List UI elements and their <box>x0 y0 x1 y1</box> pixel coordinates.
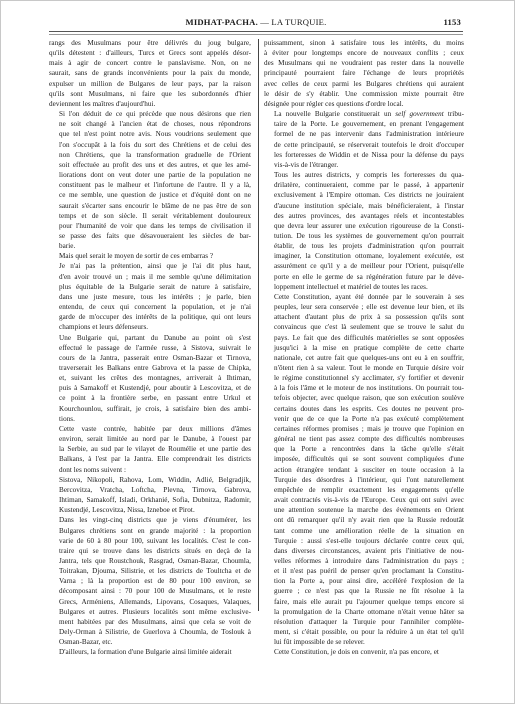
text-line: général ne tient pas assez compte des di… <box>264 434 464 444</box>
text-line: effectué le passage de l'armée russe, à … <box>49 343 251 353</box>
text-line: attachent d'autant plus de prix à sa pos… <box>264 312 464 322</box>
text-line: qu'ils sont Musulmans, ni faire que les … <box>49 89 251 99</box>
text-line: rangs des Musulmans pour être délivrés d… <box>49 38 251 48</box>
text-line: empêchée de remplir exactement les engag… <box>264 485 464 495</box>
paragraph: Mais quel serait le moyen de sortir de c… <box>49 251 251 261</box>
paragraph: D'ailleurs, la formation d'une Bulgarie … <box>49 647 251 657</box>
document-page: MIDHAT-PACHA. — LA TURQUIE. 1153 rangs d… <box>0 0 515 704</box>
text-line: convaincus que c'est là seulement que se… <box>264 322 464 332</box>
text-line: traire qui se trouve dans les districts … <box>49 546 251 556</box>
text-line: mais à agir de concert contre le panslav… <box>49 58 251 68</box>
text-line: velles réformes à introduire dans l'admi… <box>264 556 464 566</box>
text-line: exclusivement à l'Empire ottoman. Ces di… <box>264 190 464 200</box>
text-line: dont les noms suivent : <box>49 465 251 475</box>
paragraph: Une Bulgarie qui, partant du Danube au p… <box>49 333 251 424</box>
text-line: puis à Samakoff et Kustendjé, pour about… <box>49 383 251 393</box>
text-line: assurément ce qu'il y a de meilleur pour… <box>264 261 464 271</box>
text-line: principauté pourraient faire l'échange d… <box>264 68 464 78</box>
text-line: Dely-Orman à Silistrie, de Guerlova à Ch… <box>49 627 251 637</box>
running-title-subject: — LA TURQUIE. <box>258 17 327 27</box>
text-line: peuples, leur sera conservée ; elle est … <box>264 302 464 312</box>
paragraph: puissamment, sinon à satisfaire tous les… <box>264 38 464 109</box>
text-line: avait contractés vis-à-vis de l'Europe. … <box>264 495 464 505</box>
text-line: D'ailleurs, la formation d'une Bulgarie … <box>49 647 251 657</box>
text-line: désignée pour régler ces questions d'ord… <box>264 99 464 109</box>
text-line: Balkans, à l'est par la Jantra. Elle com… <box>49 454 251 464</box>
running-title-author: MIDHAT-PACHA. <box>186 17 258 27</box>
text-line: Bulgares chrétiens sont en grande majori… <box>49 526 251 536</box>
text-line: formel de ne pas intervenir dans l'admin… <box>264 129 464 139</box>
page-number: 1153 <box>443 17 461 27</box>
text-line: imposée, difficultés qui se sont souvent… <box>264 454 464 464</box>
text-line: traverserait les Balkans entre Gabrova e… <box>49 363 251 373</box>
text-line: Grecs, Arméniens, Allemands, Lipovans, C… <box>49 597 251 607</box>
text-line: barie. <box>49 241 251 251</box>
text-line: se passe des faits que désavoueraient le… <box>49 231 251 241</box>
text-line: faire, mais elle aurait pu l'ajourner qu… <box>264 597 464 607</box>
text-line: cours de la Jantra, passerait entre Osma… <box>49 353 251 363</box>
text-line: ce point à la frontière serbe, en passan… <box>49 393 251 403</box>
text-line: Ihtiman, Samakoff, Isladi, Orkhanié, Sof… <box>49 495 251 505</box>
text-line: ment habitées par des Musulmans, ainsi q… <box>49 617 251 627</box>
paragraph: Cette vaste contrée, habitée par deux mi… <box>49 424 251 475</box>
text-line: dans diverses circonstances, avaient pri… <box>264 546 464 556</box>
running-title: MIDHAT-PACHA. — LA TURQUIE. <box>49 17 463 27</box>
text-line: imaginer, la Constitution ottomane, loya… <box>264 251 464 261</box>
text-line: vis-à-vis de l'étranger. <box>264 160 464 170</box>
text-line: Kustendjé, Lescovitza, Nissa, Izneboe et… <box>49 505 251 515</box>
text-line: Mais quel serait le moyen de sortir de c… <box>49 251 251 261</box>
text-line: Tous les autres districts, y compris les… <box>264 170 464 180</box>
text-line: à éviter pour longtemps encore de nouvea… <box>264 48 464 58</box>
text-line: Dans les vingt-cinq districts que je vie… <box>49 515 251 525</box>
text-line: temps et de son siècle. Il serait vérita… <box>49 211 251 221</box>
text-line: d'aucune institution spéciale, mais béné… <box>264 201 464 211</box>
text-line: nationale, cet autre fait que quelques-u… <box>264 353 464 363</box>
text-line: venir que de ce que la Porte n'a pas exé… <box>264 414 464 424</box>
text-line: que devra leur assurer une exécution rig… <box>264 221 464 231</box>
text-line: avec celles de ceux parmi les Bulgares c… <box>264 79 464 89</box>
paragraph: Tous les autres districts, y compris les… <box>264 170 464 292</box>
text-line: résolution d'attaquer la Turquie pour l'… <box>264 617 464 627</box>
text-line: d'en avoir trouvé un ; mais il me semble… <box>49 272 251 282</box>
text-line: ment, si c'était possible, ou pour la ré… <box>264 627 464 637</box>
text-line: que la Porte a rencontrées dans la tâche… <box>264 444 464 454</box>
text-line: Sistova, Nikopoli, Rahova, Lom, Widdin, … <box>49 475 251 485</box>
text-line: qu'ils détestent : d'ailleurs, Turcs et … <box>49 48 251 58</box>
text-line: champions et leurs défenseurs. <box>49 322 251 332</box>
text-line: Turquie : aussi s'est-elle toujours décl… <box>264 536 464 546</box>
text-line: ce me semble, une question de justice et… <box>49 190 251 200</box>
paragraph: La nouvelle Bulgarie constituerait un se… <box>264 109 464 170</box>
paragraph: Sistova, Nikopoli, Rahova, Lom, Widdin, … <box>49 475 251 516</box>
header-rule-thin <box>49 34 463 35</box>
text-line: une attention soutenue la marche des évé… <box>264 505 464 515</box>
text-line: des autres provinces, des avantages réel… <box>264 211 464 221</box>
text-line: n'ôtent rien à sa valeur. Tout le monde … <box>264 363 464 373</box>
left-column: rangs des Musulmans pour être délivrés d… <box>49 38 251 658</box>
text-line: La nouvelle Bulgarie constituerait un se… <box>264 109 464 119</box>
text-line: la Serbie, au sud par le vilayet de Roum… <box>49 444 251 454</box>
text-line: saurait s'écarter sans encourir le blâme… <box>49 201 251 211</box>
paragraph: Dans les vingt-cinq districts que je vie… <box>49 515 251 647</box>
text-line: que tel n'est point notre avis. Nous vou… <box>49 129 251 139</box>
paragraph: Cette Constitution, je dois en convenir,… <box>264 647 464 657</box>
text-line: saurait, sans de grands inconvénients po… <box>49 68 251 78</box>
text-line: Jantra, tels que Roustchouk, Rasgrad, Os… <box>49 556 251 566</box>
paragraph: Cette Constitution, ayant été donnée par… <box>264 292 464 647</box>
text-line: porte en elle le germe de sa régénératio… <box>264 272 464 282</box>
text-line: de cette principauté, se réserverait tou… <box>264 140 464 150</box>
text-line: le régime constitutionnel s'y acclimater… <box>264 373 464 383</box>
paragraph: rangs des Musulmans pour être délivrés d… <box>49 38 251 109</box>
text-line: dans une juste mesure, tous les intérêts… <box>49 292 251 302</box>
text-line: liorations dont on veut doter une partie… <box>49 170 251 180</box>
text-line: pays. Le fait que des difficultés matéri… <box>264 333 464 343</box>
text-line: garde de m'occuper des intérêts de la po… <box>49 312 251 322</box>
text-line: loppement intellectuel et matériel de to… <box>264 282 464 292</box>
text-line: Cette Constitution, je dois en convenir,… <box>264 647 464 657</box>
text-line: puissamment, sinon à satisfaire tous les… <box>264 38 464 48</box>
paragraph: Si l'on déduit de ce qui précède que nou… <box>49 109 251 251</box>
text-line: l'on s'occupât à la fois du sort des Chr… <box>49 140 251 150</box>
text-line: jusqu'ici à la mise en pratique complète… <box>264 343 464 353</box>
text-line: Bercovitza, Vratcha, Loftcha, Plevna, Ti… <box>49 485 251 495</box>
text-line: expulser un million de Bulgares de leur … <box>49 79 251 89</box>
text-line: ont dû remarquer qu'il n'y avait rien qu… <box>264 515 464 525</box>
right-column: puissamment, sinon à satisfaire tous les… <box>264 38 464 658</box>
text-line: tant comme une amélioration réelle de la… <box>264 526 464 536</box>
text-line: varie de 60 à 80 pour 100, suivant les l… <box>49 536 251 546</box>
text-line: ne soit changé à l'ancien état de choses… <box>49 119 251 129</box>
text-line: guerre ; ce n'est pas que la Russie ne f… <box>264 586 464 596</box>
text-line: entendu, de ceux qui concernent la popul… <box>49 302 251 312</box>
text-line: tions. <box>49 414 251 424</box>
text-line: à la fois l'âme et le moteur de nos inst… <box>264 383 464 393</box>
text-line: environ, serait limitée au nord par le D… <box>49 434 251 444</box>
text-line: décomposant ainsi : 70 pour 100 de Musul… <box>49 586 251 596</box>
text-line: drilatère, continueraient, comme par le … <box>264 180 464 190</box>
text-line: Varna ; là la proportion est de 80 pour … <box>49 576 251 586</box>
text-line: et il n'est pas puéril de penser qu'en p… <box>264 566 464 576</box>
text-line: Osman-Bazar, etc. <box>49 637 251 647</box>
text-line: tion la Porte a, pour ainsi dire, accélé… <box>264 576 464 586</box>
text-line: et, suivant les crêtes des montagnes, ar… <box>49 373 251 383</box>
header-rule <box>49 31 463 32</box>
text-line: Toitrakan, Djouma, Silistrie, et les dis… <box>49 566 251 576</box>
text-line: pour l'humanité de voir que dans les tem… <box>49 221 251 231</box>
text-line: lui fût impossible de se relever. <box>264 637 464 647</box>
text-line: certains doutes dans les esprits. Ces do… <box>264 404 464 414</box>
text-line: deviennent les maîtres d'aujourd'hui. <box>49 99 251 109</box>
paragraph: Je n'ai pas la prétention, ainsi que je … <box>49 261 251 332</box>
text-line: certaines réformes promises ; mais je tr… <box>264 424 464 434</box>
text-line: Turquie des désordres à l'intérieur, qui… <box>264 475 464 485</box>
running-header: MIDHAT-PACHA. — LA TURQUIE. 1153 <box>49 16 463 30</box>
text-line: établir, de tous les projets d'administr… <box>264 241 464 251</box>
text-line: Kourchounlou, suffirait, je crois, à sat… <box>49 404 251 414</box>
text-line: constituent pas le malheur et l'infortun… <box>49 180 251 190</box>
text-line: Je n'ai pas la prétention, ainsi que je … <box>49 261 251 271</box>
text-line: le désir de s'y établir. Une commission … <box>264 89 464 99</box>
text-line: les forteresses de Widdin et de Nissa po… <box>264 150 464 160</box>
text-line: soit effectuée au profit des uns et des … <box>49 160 251 170</box>
text-line: Bulgares et autres. Plusieurs localités … <box>49 607 251 617</box>
text-line: la promulgation de la Charte ottomane n'… <box>264 607 464 617</box>
text-line: Cette vaste contrée, habitée par deux mi… <box>49 424 251 434</box>
text-line: taire de la Porte. Le gouvernement, en p… <box>264 119 464 129</box>
text-line: plus équitable de la Bulgarie serait de … <box>49 282 251 292</box>
column-divider <box>258 39 259 611</box>
text-line: Si l'on déduit de ce qui précède que nou… <box>49 109 251 119</box>
text-line: action étrangère tendant à susciter en t… <box>264 465 464 475</box>
text-line: Une Bulgarie qui, partant du Danube au p… <box>49 333 251 343</box>
text-line: tefois objecter, avec quelque raison, qu… <box>264 393 464 403</box>
text-line: non Chrétiens, que la transformation gra… <box>49 150 251 160</box>
text-line: des Musulmans qui ne voudraient pas rest… <box>264 58 464 68</box>
text-line: Cette Constitution, ayant été donnée par… <box>264 292 464 302</box>
text-line: tution. De tous les systèmes de gouverne… <box>264 231 464 241</box>
